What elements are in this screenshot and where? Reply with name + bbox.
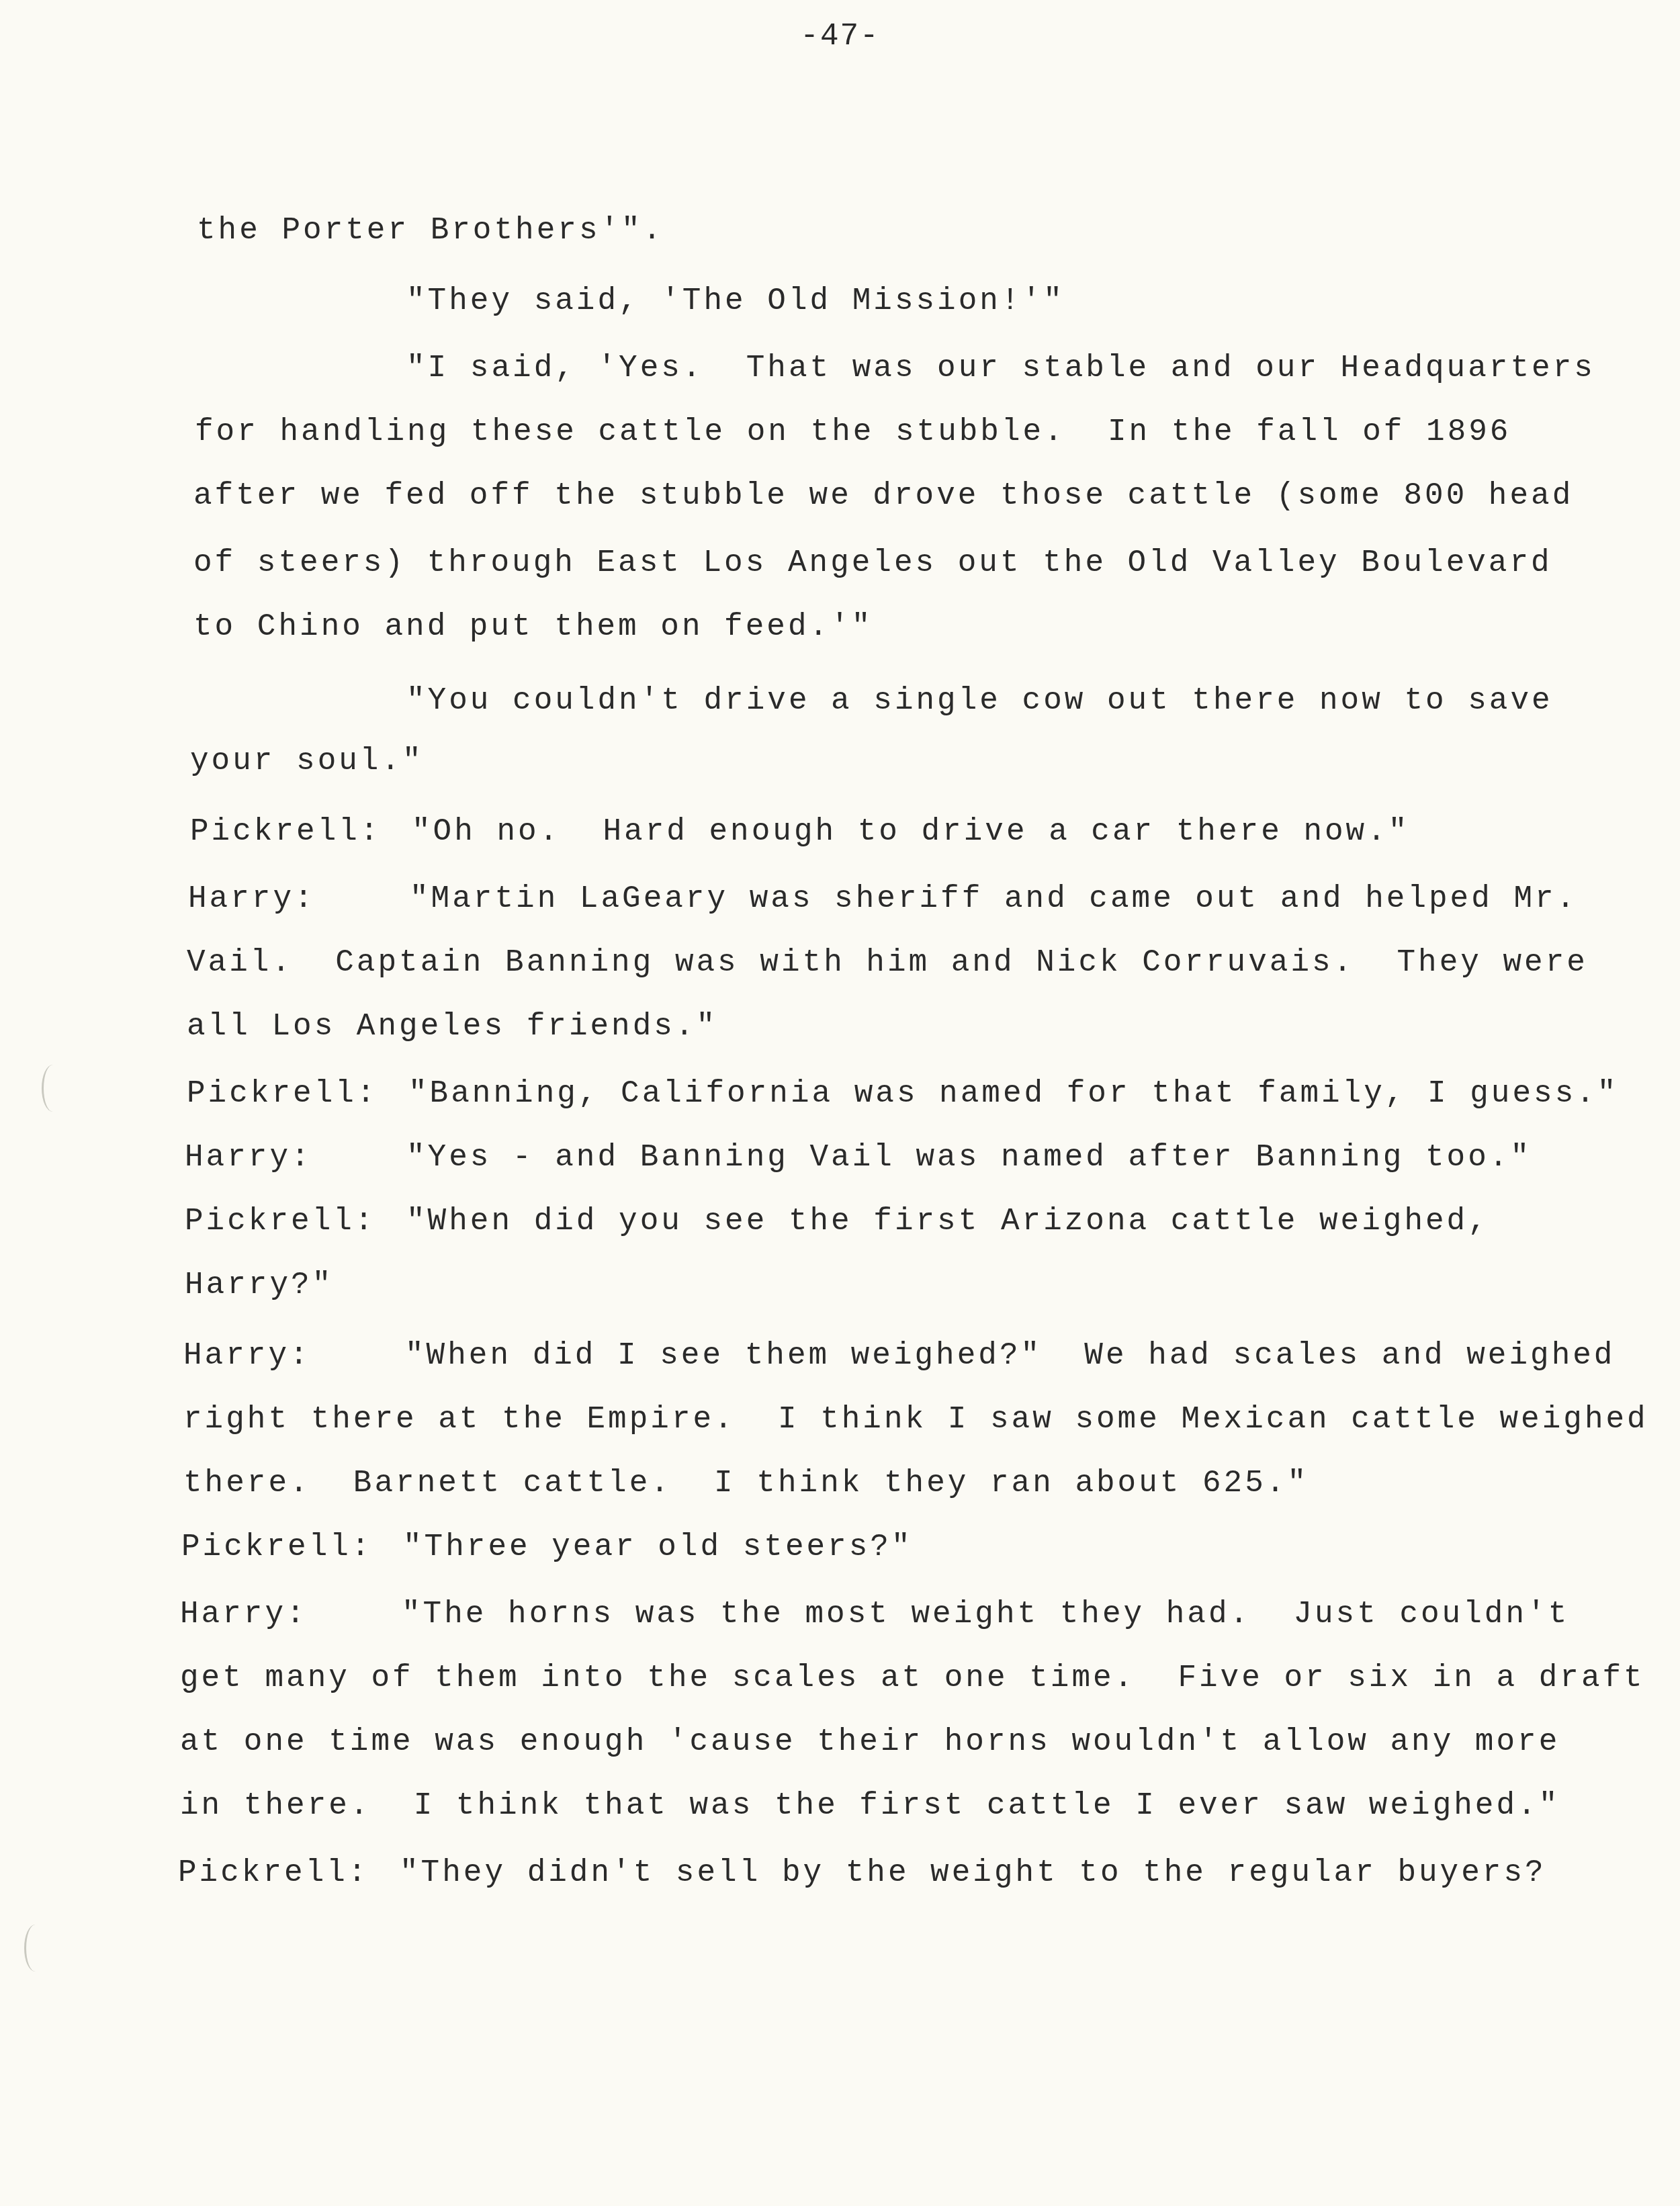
margin-mark [24, 1925, 46, 1972]
speaker-label: Pickrell: [185, 1206, 406, 1237]
text-line: Harry?" [185, 1270, 333, 1300]
line-text: "Oh no. Hard enough to drive a car there… [412, 814, 1409, 849]
line-text: your soul." [190, 744, 424, 779]
line-text: all Los Angeles friends." [187, 1009, 717, 1044]
text-line: "They said, 'The Old Mission!'" [406, 285, 1065, 316]
line-text: Vail. Captain Banning was with him and N… [187, 945, 1588, 980]
line-text: "The horns was the most weight they had.… [402, 1597, 1569, 1632]
line-text: the Porter Brothers'". [197, 213, 664, 248]
text-line: at one time was enough 'cause their horn… [180, 1726, 1560, 1757]
text-line: after we fed off the stubble we drove th… [193, 480, 1573, 511]
line-text: "You couldn't drive a single cow out the… [406, 683, 1553, 718]
text-line: Pickrell:"When did you see the first Ari… [185, 1206, 1489, 1237]
text-line: in there. I think that was the first cat… [180, 1790, 1560, 1821]
text-line: there. Barnett cattle. I think they ran … [183, 1468, 1309, 1499]
speaker-label: Pickrell: [190, 816, 412, 847]
line-text: "Three year old steers?" [403, 1530, 913, 1564]
line-text: "Banning, California was named for that … [408, 1076, 1618, 1111]
text-line: Pickrell:"They didn't sell by the weight… [178, 1857, 1546, 1888]
text-line: "I said, 'Yes. That was our stable and o… [406, 353, 1595, 384]
text-line: for handling these cattle on the stubble… [195, 416, 1511, 447]
line-text: there. Barnett cattle. I think they ran … [183, 1466, 1309, 1501]
text-line: Harry:"When did I see them weighed?" We … [183, 1340, 1615, 1371]
text-line: Pickrell:"Oh no. Hard enough to drive a … [190, 816, 1409, 847]
text-line: right there at the Empire. I think I saw… [183, 1404, 1648, 1435]
speaker-label: Harry: [183, 1340, 405, 1371]
speaker-label: Harry: [180, 1599, 402, 1630]
line-text: "I said, 'Yes. That was our stable and o… [406, 351, 1595, 386]
line-text: to Chino and put them on feed.'" [193, 609, 873, 644]
line-text: "They didn't sell by the weight to the r… [400, 1855, 1546, 1890]
text-line: Pickrell:"Banning, California was named … [187, 1078, 1618, 1109]
line-text: at one time was enough 'cause their horn… [180, 1724, 1560, 1759]
line-text: of steers) through East Los Angeles out … [193, 545, 1552, 580]
line-text: in there. I think that was the first cat… [180, 1788, 1560, 1823]
line-text: "They said, 'The Old Mission!'" [406, 283, 1065, 318]
text-line: to Chino and put them on feed.'" [193, 611, 873, 642]
text-line: get many of them into the scales at one … [180, 1663, 1645, 1693]
speaker-label: Pickrell: [178, 1857, 400, 1888]
line-text: "Yes - and Banning Vail was named after … [406, 1140, 1532, 1175]
speaker-label: Pickrell: [181, 1532, 403, 1562]
speaker-label: Harry: [185, 1142, 406, 1173]
speaker-label: Harry: [188, 883, 410, 914]
line-text: get many of them into the scales at one … [180, 1661, 1645, 1695]
line-text: after we fed off the stubble we drove th… [193, 478, 1573, 513]
margin-mark [42, 1065, 64, 1112]
line-text: right there at the Empire. I think I saw… [183, 1402, 1648, 1437]
text-line: Harry:"Yes - and Banning Vail was named … [185, 1142, 1532, 1173]
speaker-label: Pickrell: [187, 1078, 408, 1109]
text-line: "You couldn't drive a single cow out the… [406, 685, 1553, 716]
text-line: of steers) through East Los Angeles out … [193, 547, 1552, 578]
text-line: Vail. Captain Banning was with him and N… [187, 947, 1588, 978]
text-line: Harry:"Martin LaGeary was sheriff and ca… [188, 883, 1577, 914]
line-text: "When did I see them weighed?" We had sc… [405, 1338, 1615, 1373]
line-text: "When did you see the first Arizona catt… [406, 1204, 1489, 1239]
text-line: Harry:"The horns was the most weight the… [180, 1599, 1569, 1630]
line-text: Harry?" [185, 1268, 333, 1303]
line-text: "Martin LaGeary was sheriff and came out… [410, 881, 1577, 916]
text-line: all Los Angeles friends." [187, 1011, 717, 1042]
line-text: for handling these cattle on the stubble… [195, 414, 1511, 449]
text-line: your soul." [190, 746, 424, 777]
page-number: -47- [0, 19, 1680, 54]
text-line: the Porter Brothers'". [197, 215, 664, 246]
text-line: Pickrell:"Three year old steers?" [181, 1532, 913, 1562]
